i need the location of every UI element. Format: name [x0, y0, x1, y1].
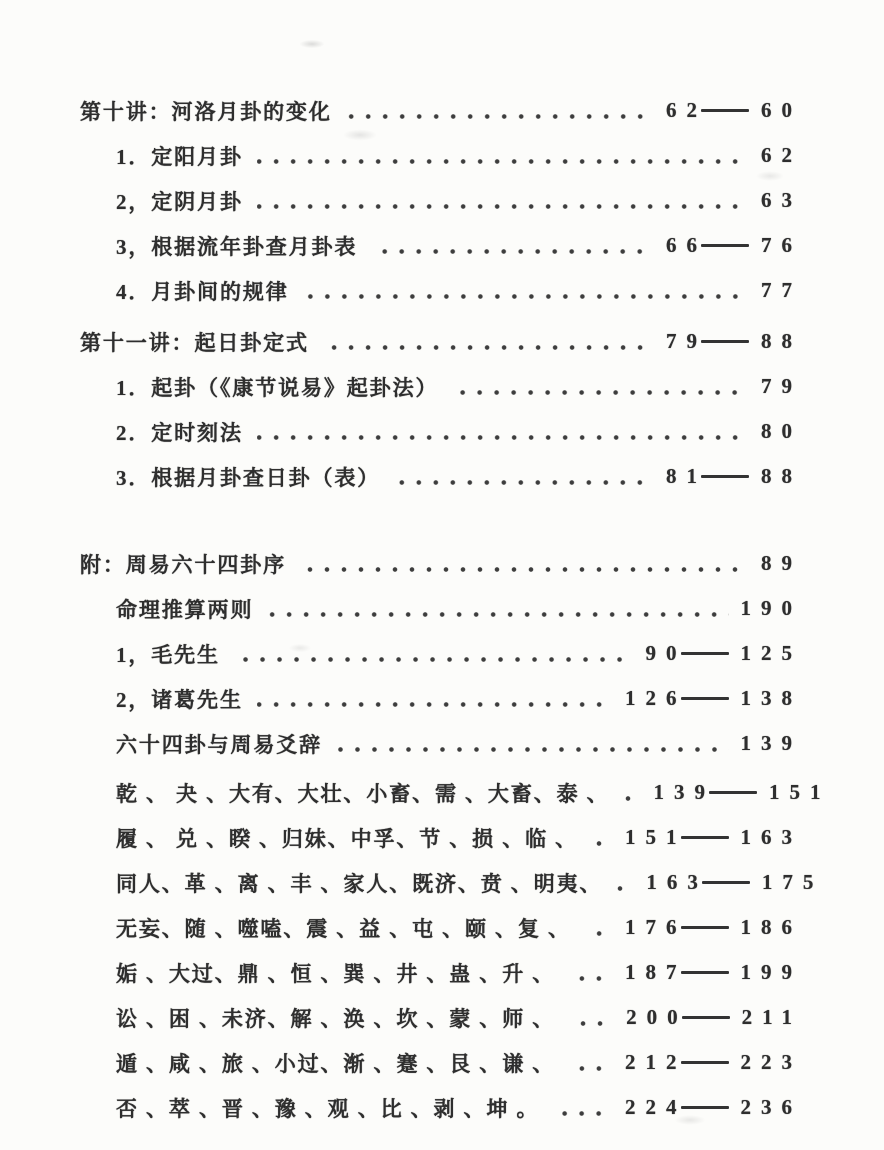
page-num: 125 — [741, 641, 803, 666]
page-number: 79 — [761, 374, 792, 399]
page-number: 224236 — [625, 1095, 792, 1120]
toc-entry-label: 2，诸葛先生 — [116, 684, 243, 714]
page-number: 6260 — [666, 98, 792, 123]
page-num: 175 — [762, 870, 824, 895]
page-number: 176186 — [625, 915, 792, 940]
page-number: 8188 — [666, 464, 792, 489]
page-number: 126138 — [625, 686, 792, 711]
toc-entry-label: 第十讲：河洛月卦的变化 — [80, 96, 332, 126]
page-num: 190 — [741, 596, 803, 621]
table-of-contents: 第十讲：河洛月卦的变化62601．定阳月卦622，定阴月卦633，根据流年卦查月… — [0, 0, 884, 1130]
page-number: 90125 — [646, 641, 793, 666]
toc-entry-label: 第十一讲：起日卦定式 — [80, 327, 309, 357]
dot-leader — [585, 930, 613, 937]
toc-entry-label: 无妄、随 、噬嗑、震 、益 、屯 、颐 、复 、 — [116, 913, 571, 943]
toc-section: 第十讲：河洛月卦的变化62601．定阳月卦622，定阴月卦633，根据流年卦查月… — [0, 88, 884, 313]
toc-row: 姤 、大过、鼎 、恒 、巽 、井 、蛊 、升 、187199 — [0, 950, 884, 995]
page-number: 77 — [761, 278, 792, 303]
toc-entry-label: 1．定阳月卦 — [116, 141, 243, 171]
toc-row: 2，定阴月卦63 — [0, 178, 884, 223]
toc-entry-label: 命理推算两则 — [116, 594, 253, 624]
page-num: 77 — [761, 278, 802, 303]
dot-leader — [624, 795, 642, 802]
toc-row: 同人、革 、离 、丰 、家人、既济、贲 、明夷、163175 — [0, 860, 884, 905]
page-number: 190 — [741, 596, 793, 621]
page-num: 60 — [761, 98, 802, 123]
toc-row: 乾 、 夬 、大有、大壮、小畜、需 、大畜、泰 、139151 — [0, 770, 884, 815]
dot-leader — [371, 248, 654, 255]
page-num: 163 — [646, 870, 708, 895]
page-num: 211 — [742, 1005, 802, 1030]
page-num: 212 — [625, 1050, 687, 1075]
toc-row: 2．定时刻法80 — [0, 409, 884, 454]
toc-entry-label: 3．根据月卦查日卦（表） — [116, 462, 380, 492]
toc-entry-label: 履 、 兑 、睽 、归妹、中孚、节 、损 、临 、 — [116, 823, 578, 853]
page-number: 187199 — [625, 960, 792, 985]
dot-leader — [553, 1110, 613, 1117]
dot-leader — [394, 479, 654, 486]
toc-section: 乾 、 夬 、大有、大壮、小畜、需 、大畜、泰 、139151履 、 兑 、睽 … — [0, 770, 884, 1130]
page-number: 89 — [761, 551, 792, 576]
dot-leader — [267, 611, 728, 618]
page-num: 163 — [741, 825, 803, 850]
toc-entry-label: 2，定阴月卦 — [116, 186, 243, 216]
toc-entry-label: 3，根据流年卦查月卦表 — [116, 231, 357, 261]
dot-leader — [569, 1020, 614, 1027]
dot-leader — [592, 840, 613, 847]
toc-row: 否 、萃 、晋 、豫 、观 、比 、剥 、坤 。224236 — [0, 1085, 884, 1130]
page-num: 89 — [761, 551, 802, 576]
page-number: 151163 — [625, 825, 792, 850]
toc-section: 附：周易六十四卦序89命理推算两则1901，毛先生901252，诸葛先生1261… — [0, 541, 884, 766]
toc-entry-label: 乾 、 夬 、大有、大壮、小畜、需 、大畜、泰 、 — [116, 778, 610, 808]
range-dash — [681, 1106, 729, 1109]
page-number: 80 — [761, 419, 792, 444]
scanned-page: 第十讲：河洛月卦的变化62601．定阳月卦622，定阴月卦633，根据流年卦查月… — [0, 0, 884, 1150]
range-dash — [681, 971, 729, 974]
page-num: 224 — [625, 1095, 687, 1120]
dot-leader — [616, 885, 634, 892]
dot-leader — [452, 389, 749, 396]
toc-entry-label: 4．月卦间的规律 — [116, 276, 289, 306]
page-num: 79 — [761, 374, 802, 399]
page-num: 176 — [625, 915, 687, 940]
range-dash — [702, 881, 750, 884]
toc-entry-label: 讼 、困 、未济、解 、涣 、坎 、蒙 、师 、 — [116, 1003, 555, 1033]
toc-row: 1．起卦（《康节说易》起卦法）79 — [0, 364, 884, 409]
page-number: 139 — [741, 731, 793, 756]
dot-leader — [300, 566, 749, 573]
toc-row: 第十一讲：起日卦定式7988 — [0, 319, 884, 364]
toc-row: 1．定阳月卦62 — [0, 133, 884, 178]
page-number: 62 — [761, 143, 792, 168]
page-number: 139151 — [654, 780, 821, 805]
page-num: 223 — [741, 1050, 803, 1075]
range-dash — [682, 1016, 730, 1019]
page-number: 163175 — [646, 870, 813, 895]
page-num: 80 — [761, 419, 802, 444]
page-number: 200211 — [626, 1005, 792, 1030]
page-num: 88 — [761, 329, 802, 354]
page-num: 151 — [625, 825, 687, 850]
page-num: 88 — [761, 464, 802, 489]
toc-section: 第十一讲：起日卦定式79881．起卦（《康节说易》起卦法）792．定时刻法803… — [0, 319, 884, 499]
page-num: 200 — [626, 1005, 688, 1030]
toc-row: 履 、 兑 、睽 、归妹、中孚、节 、损 、临 、151163 — [0, 815, 884, 860]
page-number: 63 — [761, 188, 792, 213]
dot-leader — [336, 746, 728, 753]
page-num: 62 — [761, 143, 802, 168]
range-dash — [681, 697, 729, 700]
page-num: 139 — [654, 780, 716, 805]
range-dash — [701, 340, 749, 343]
range-dash — [709, 791, 757, 794]
dot-leader — [257, 203, 749, 210]
page-num: 126 — [625, 686, 687, 711]
toc-entry-label: 否 、萃 、晋 、豫 、观 、比 、剥 、坤 。 — [116, 1093, 539, 1123]
dot-leader — [569, 975, 613, 982]
toc-row: 3．根据月卦查日卦（表）8188 — [0, 454, 884, 499]
toc-row: 4．月卦间的规律77 — [0, 268, 884, 313]
dot-leader — [257, 158, 749, 165]
toc-entry-label: 遁 、咸 、旅 、小过、渐 、蹇 、艮 、谦 、 — [116, 1048, 555, 1078]
toc-row: 1，毛先生90125 — [0, 631, 884, 676]
toc-row: 第十讲：河洛月卦的变化6260 — [0, 88, 884, 133]
range-dash — [681, 836, 729, 839]
toc-entry-label: 1．起卦（《康节说易》起卦法） — [116, 372, 438, 402]
range-dash — [701, 475, 749, 478]
toc-entry-label: 同人、革 、离 、丰 、家人、既济、贲 、明夷、 — [116, 868, 602, 898]
toc-entry-label: 2．定时刻法 — [116, 417, 243, 447]
range-dash — [681, 1061, 729, 1064]
toc-entry-label: 六十四卦与周易爻辞 — [116, 729, 322, 759]
page-num: 138 — [741, 686, 803, 711]
toc-row: 六十四卦与周易爻辞139 — [0, 721, 884, 766]
dot-leader — [323, 344, 654, 351]
range-dash — [701, 244, 749, 247]
page-num: 76 — [761, 233, 802, 258]
toc-entry-label: 1，毛先生 — [116, 639, 220, 669]
toc-row: 3，根据流年卦查月卦表6676 — [0, 223, 884, 268]
toc-entry-label: 姤 、大过、鼎 、恒 、巽 、井 、蛊 、升 、 — [116, 958, 555, 988]
page-num: 187 — [625, 960, 687, 985]
page-num: 151 — [769, 780, 831, 805]
range-dash — [681, 926, 729, 929]
page-num: 186 — [741, 915, 803, 940]
toc-row: 遁 、咸 、旅 、小过、渐 、蹇 、艮 、谦 、212223 — [0, 1040, 884, 1085]
dot-leader — [303, 293, 749, 300]
toc-entry-label: 附：周易六十四卦序 — [80, 549, 286, 579]
range-dash — [701, 109, 749, 112]
dot-leader — [257, 434, 749, 441]
page-number: 212223 — [625, 1050, 792, 1075]
page-num: 63 — [761, 188, 802, 213]
page-num: 236 — [741, 1095, 803, 1120]
toc-row: 无妄、随 、噬嗑、震 、益 、屯 、颐 、复 、176186 — [0, 905, 884, 950]
dot-leader — [569, 1065, 613, 1072]
page-num: 199 — [741, 960, 803, 985]
page-number: 6676 — [666, 233, 792, 258]
dot-leader — [234, 656, 634, 663]
toc-row: 2，诸葛先生126138 — [0, 676, 884, 721]
toc-row: 命理推算两则190 — [0, 586, 884, 631]
dot-leader — [257, 701, 613, 708]
dot-leader — [346, 113, 654, 120]
page-num: 139 — [741, 731, 803, 756]
toc-row: 讼 、困 、未济、解 、涣 、坎 、蒙 、师 、200211 — [0, 995, 884, 1040]
range-dash — [681, 652, 729, 655]
page-number: 7988 — [666, 329, 792, 354]
toc-row: 附：周易六十四卦序89 — [0, 541, 884, 586]
